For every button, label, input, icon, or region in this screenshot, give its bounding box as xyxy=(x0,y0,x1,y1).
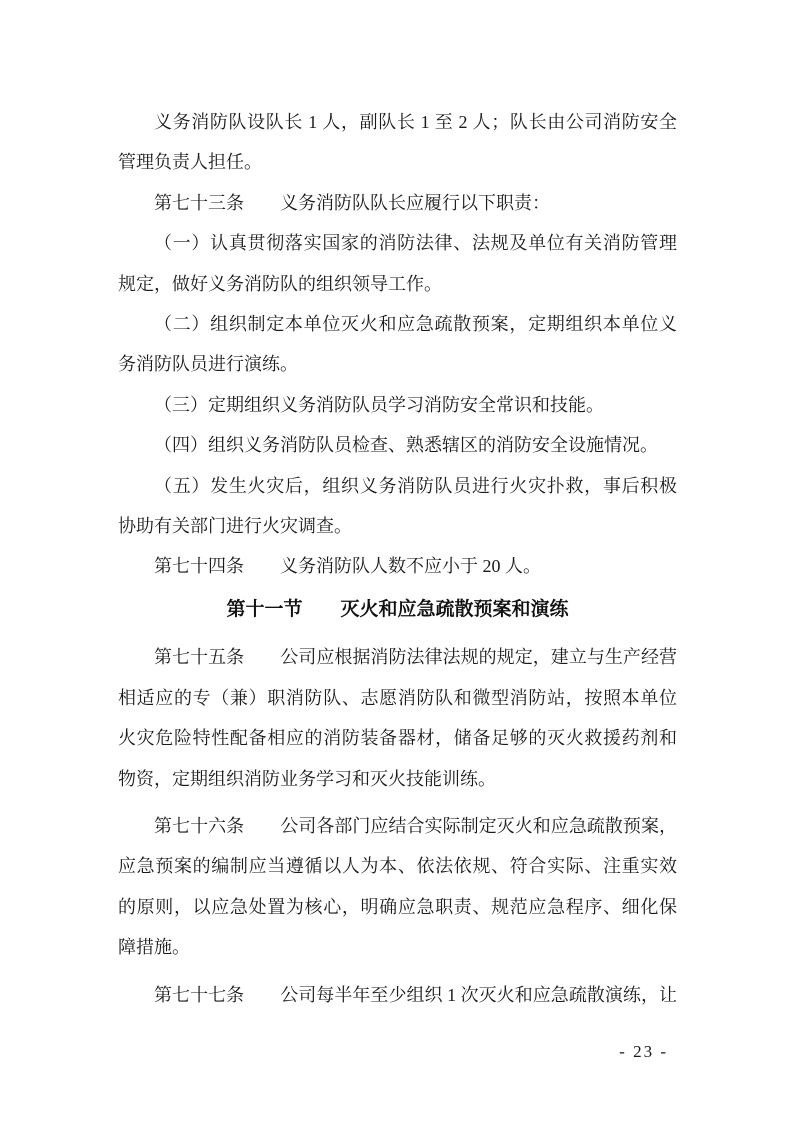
paragraph-line: 第七十七条 公司每半年至少组织 1 次灭火和应急疏散演练，让 xyxy=(118,975,677,1015)
paragraph-line: （一）认真贯彻落实国家的消防法律、法规及单位有关消防管理 xyxy=(118,223,677,263)
paragraph-line: 火灾危险特性配备相应的消防装备器材，储备足够的灭火救援药剂和 xyxy=(118,718,677,758)
paragraph: 第七十五条 公司应根据消防法律法规的规定，建立与生产经营 相适应的专（兼）职消防… xyxy=(118,637,677,799)
section-heading: 第十一节 灭火和应急疏散预案和演练 xyxy=(118,590,677,630)
paragraph-line: 物资，定期组织消防业务学习和灭火技能训练。 xyxy=(118,759,677,799)
paragraph: 第七十四条 义务消防队人数不应小于 20 人。 xyxy=(118,546,677,586)
paragraph-line: 规定，做好义务消防队的组织领导工作。 xyxy=(118,264,677,304)
paragraph-line: 第七十六条 公司各部门应结合实际制定灭火和应急疏散预案， xyxy=(118,806,677,846)
paragraph-line: 第七十三条 义务消防队队长应履行以下职责： xyxy=(118,183,677,223)
paragraph: 第七十三条 义务消防队队长应履行以下职责： xyxy=(118,183,677,223)
paragraph: （二）组织制定本单位灭火和应急疏散预案，定期组织本单位义 务消防队员进行演练。 xyxy=(118,304,677,385)
paragraph-line: （三）定期组织义务消防队员学习消防安全常识和技能。 xyxy=(118,385,677,425)
paragraph-line: 应急预案的编制应当遵循以人为本、依法依规、符合实际、注重实效 xyxy=(118,846,677,886)
page-number: - 23 - xyxy=(619,1041,668,1063)
paragraph: 第七十七条 公司每半年至少组织 1 次灭火和应急疏散演练，让 xyxy=(118,975,677,1015)
document-body: 义务消防队设队长 1 人，副队长 1 至 2 人；队长由公司消防安全 管理负责人… xyxy=(118,102,677,1015)
paragraph-line: 的原则，以应急处置为核心，明确应急职责、规范应急程序、细化保 xyxy=(118,887,677,927)
paragraph-line: 第七十五条 公司应根据消防法律法规的规定，建立与生产经营 xyxy=(118,637,677,677)
paragraph-line: 第七十四条 义务消防队人数不应小于 20 人。 xyxy=(118,546,677,586)
paragraph-line: 务消防队员进行演练。 xyxy=(118,344,677,384)
paragraph-line: （二）组织制定本单位灭火和应急疏散预案，定期组织本单位义 xyxy=(118,304,677,344)
paragraph: （三）定期组织义务消防队员学习消防安全常识和技能。 xyxy=(118,385,677,425)
paragraph-line: 障措施。 xyxy=(118,927,677,967)
paragraph-line: 协助有关部门进行火灾调查。 xyxy=(118,506,677,546)
paragraph: （五）发生火灾后，组织义务消防队员进行火灾扑救，事后积极 协助有关部门进行火灾调… xyxy=(118,466,677,547)
paragraph: 第七十六条 公司各部门应结合实际制定灭火和应急疏散预案， 应急预案的编制应当遵循… xyxy=(118,806,677,968)
paragraph-line: 管理负责人担任。 xyxy=(118,142,677,182)
document-page: 义务消防队设队长 1 人，副队长 1 至 2 人；队长由公司消防安全 管理负责人… xyxy=(0,0,794,1123)
paragraph-line: 义务消防队设队长 1 人，副队长 1 至 2 人；队长由公司消防安全 xyxy=(118,102,677,142)
paragraph-line: （五）发生火灾后，组织义务消防队员进行火灾扑救，事后积极 xyxy=(118,466,677,506)
paragraph-line: （四）组织义务消防队员检查、熟悉辖区的消防安全设施情况。 xyxy=(118,425,677,465)
paragraph: （四）组织义务消防队员检查、熟悉辖区的消防安全设施情况。 xyxy=(118,425,677,465)
paragraph: （一）认真贯彻落实国家的消防法律、法规及单位有关消防管理 规定，做好义务消防队的… xyxy=(118,223,677,304)
paragraph: 义务消防队设队长 1 人，副队长 1 至 2 人；队长由公司消防安全 管理负责人… xyxy=(118,102,677,183)
paragraph-line: 相适应的专（兼）职消防队、志愿消防队和微型消防站，按照本单位 xyxy=(118,678,677,718)
